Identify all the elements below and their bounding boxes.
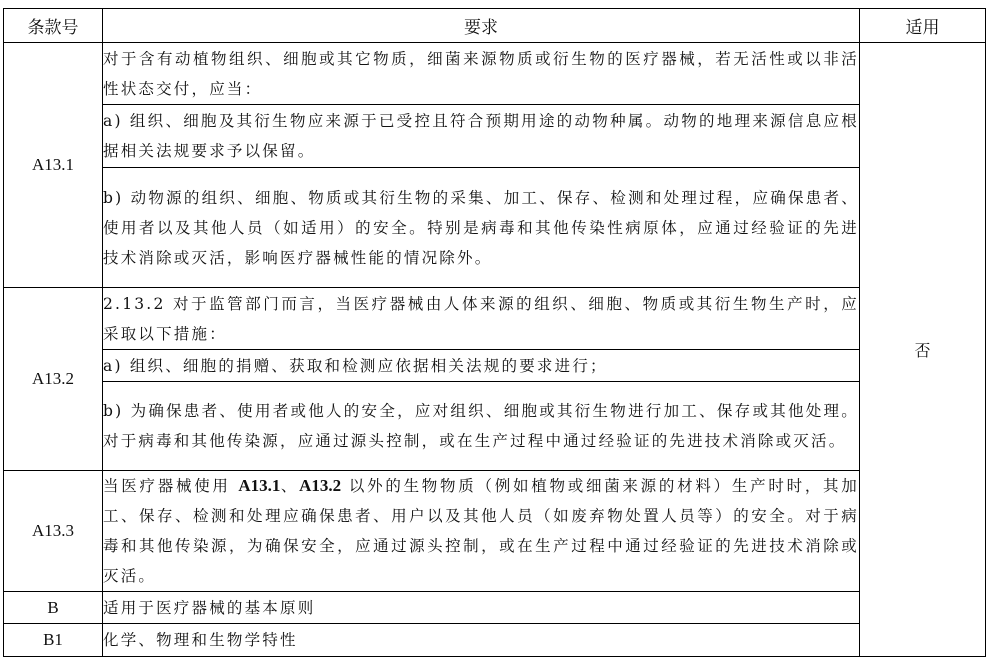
table-row: a) 组织、细胞的捐赠、获取和检测应依据相关法规的要求进行； (4, 350, 986, 382)
table-row: b) 为确保患者、使用者或他人的安全，应对组织、细胞或其衍生物进行加工、保存或其… (4, 382, 986, 471)
requirement-text: b) 动物源的组织、细胞、物质或其衍生物的采集、加工、保存、检测和处理过程，应确… (103, 168, 860, 288)
header-applicable: 适用 (860, 9, 986, 43)
clause-number: A13.2 (4, 288, 103, 471)
header-requirement: 要求 (103, 9, 860, 43)
table-row: B 适用于医疗器械的基本原则 (4, 592, 986, 624)
requirement-text: a) 组织、细胞及其衍生物应来源于已受控且符合预期用途的动物种属。动物的地理来源… (103, 105, 860, 168)
clause-reference: A13.1 (238, 476, 280, 495)
table-row: a) 组织、细胞及其衍生物应来源于已受控且符合预期用途的动物种属。动物的地理来源… (4, 105, 986, 168)
requirement-text: 对于含有动植物组织、细胞或其它物质，细菌来源物质或衍生物的医疗器械，若无活性或以… (103, 43, 860, 105)
requirement-text: 化学、物理和生物学特性 (103, 624, 986, 657)
requirements-table: 条款号 要求 适用 A13.1 对于含有动植物组织、细胞或其它物质，细菌来源物质… (3, 8, 986, 657)
text-prefix: 当医疗器械使用 (103, 477, 238, 495)
separator: 、 (280, 477, 299, 495)
applicable-value: 否 (860, 43, 986, 657)
clause-number: B1 (4, 624, 103, 657)
header-clause: 条款号 (4, 9, 103, 43)
requirement-text: 2.13.2 对于监管部门而言，当医疗器械由人体来源的组织、细胞、物质或其衍生物… (103, 288, 860, 350)
clause-number: B (4, 592, 103, 624)
table-row: A13.3 当医疗器械使用 A13.1、A13.2 以外的生物物质（例如植物或细… (4, 471, 986, 592)
clause-reference: A13.2 (299, 476, 341, 495)
requirement-text: 当医疗器械使用 A13.1、A13.2 以外的生物物质（例如植物或细菌来源的材料… (103, 471, 860, 592)
table-row: A13.2 2.13.2 对于监管部门而言，当医疗器械由人体来源的组织、细胞、物… (4, 288, 986, 350)
requirement-text: b) 为确保患者、使用者或他人的安全，应对组织、细胞或其衍生物进行加工、保存或其… (103, 382, 860, 471)
table-row: b) 动物源的组织、细胞、物质或其衍生物的采集、加工、保存、检测和处理过程，应确… (4, 168, 986, 288)
requirement-text: 适用于医疗器械的基本原则 (103, 592, 986, 624)
requirement-text: a) 组织、细胞的捐赠、获取和检测应依据相关法规的要求进行； (103, 350, 860, 382)
clause-number: A13.3 (4, 471, 103, 592)
clause-number: A13.1 (4, 43, 103, 288)
table-row: B1 化学、物理和生物学特性 (4, 624, 986, 657)
header-row: 条款号 要求 适用 (4, 9, 986, 43)
table-row: A13.1 对于含有动植物组织、细胞或其它物质，细菌来源物质或衍生物的医疗器械，… (4, 43, 986, 105)
